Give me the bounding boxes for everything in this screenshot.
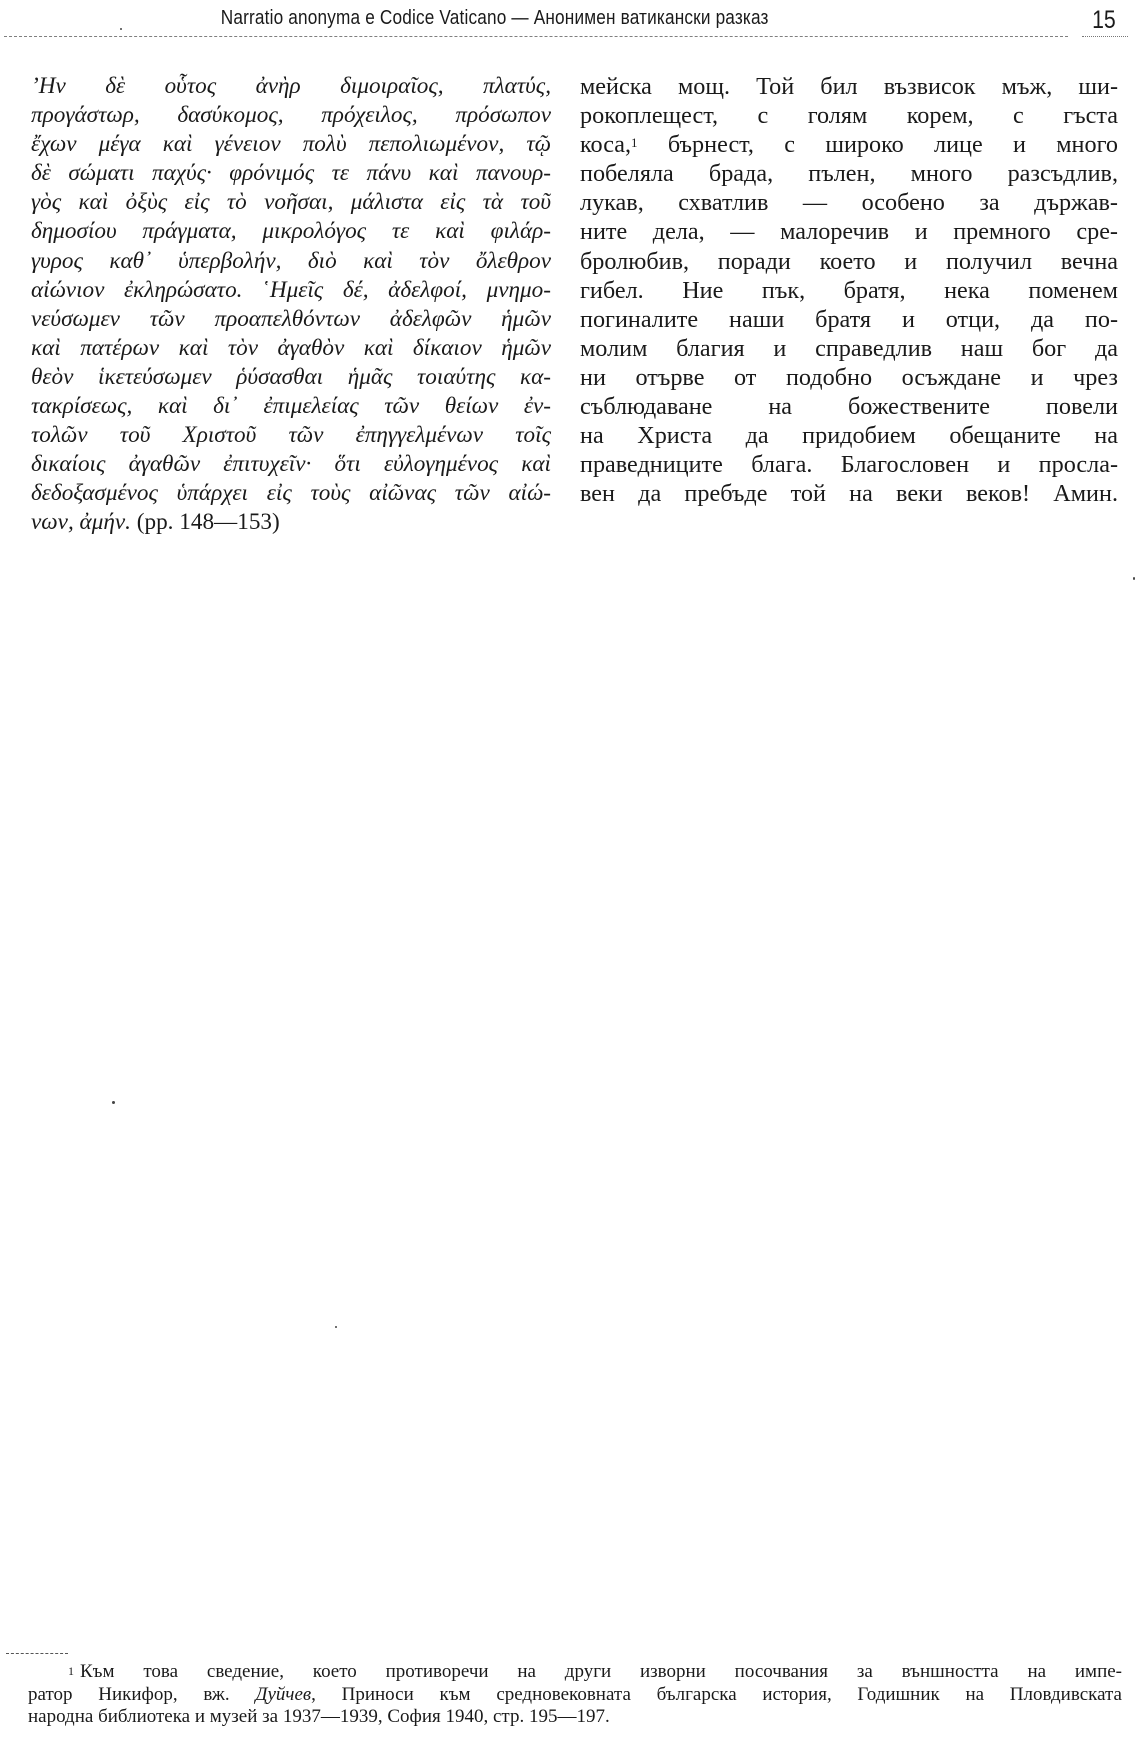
greek-line: γυρος καθ᾿ ὑπερβολήν, διὸ καὶ τὸν ὄλεθρο… xyxy=(31,247,551,276)
footnote-rule xyxy=(6,1653,68,1654)
header-rule xyxy=(4,36,1068,37)
bulgarian-line-with-footnote: коса,1 бърнест, с широко лице и много xyxy=(580,130,1118,159)
page-citation: (pp. 148—153) xyxy=(137,509,280,535)
bulgarian-line: на Христа да придобием обещаните на xyxy=(580,421,1118,450)
greek-line: δικαίοις ἀγαθῶν ἐπιτυχεῖν· ὅτι εὐλογημέν… xyxy=(31,450,551,479)
bulgarian-line: ните дела, — малоречив и премного сре- xyxy=(580,217,1118,246)
greek-closing-words: νων, ἀμήν. xyxy=(31,509,131,535)
greek-line: τακρίσεως, καὶ δι᾿ ἐπιμελείας τῶν θείων … xyxy=(31,392,551,421)
bulgarian-line: молим благия и справедлив наш бог да xyxy=(580,334,1118,363)
greek-line: δὲ σώματι παχύς· φρόνιμός τε πάνυ καὶ πα… xyxy=(31,159,551,188)
footnote-line: ратор Никифор, вж. Дуйчев, Приноси към с… xyxy=(28,1684,1122,1707)
bulgarian-translation-column: мейска мощ. Той бил възвисок мъж, ши- ро… xyxy=(580,72,1118,508)
scan-speck xyxy=(112,1101,115,1104)
footnote-reference[interactable]: 1 xyxy=(631,135,638,150)
greek-line: ἔχων μέγα καὶ γένειον πολὺ πεπολιωμένον,… xyxy=(31,130,551,159)
bulgarian-line: бролюбив, поради което и получил вечна xyxy=(580,247,1118,276)
scan-speck xyxy=(335,1326,337,1328)
bulgarian-line: побеляла брада, пълен, много разсъдлив, xyxy=(580,159,1118,188)
bulgarian-line: гибел. Ние пък, братя, нека поменем xyxy=(580,276,1118,305)
running-head: Narratio anonyma e Codice Vaticano — Ано… xyxy=(0,4,1140,34)
header-rule-right xyxy=(1082,36,1128,37)
greek-line: τολῶν τοῦ Χριστοῦ τῶν ἐπηγγελμένων τοῖς xyxy=(31,421,551,450)
bulgarian-line: ни отърве от подобно осъждане и чрез xyxy=(580,363,1118,392)
greek-last-line: νων, ἀμήν. (pp. 148—153) xyxy=(31,508,551,537)
bulgarian-line: лукав, схватлив — особено за държав- xyxy=(580,188,1118,217)
greek-text-column: ʼΗν δὲ οὗτος ἀνὴρ διμοιραῖος, πλατύς, πρ… xyxy=(31,72,551,538)
greek-line: καὶ πατέρων καὶ τὸν ἀγαθὸν καὶ δίκαιον ἡ… xyxy=(31,334,551,363)
page-number: 15 xyxy=(1092,6,1116,35)
scan-speck xyxy=(120,28,122,30)
greek-line: νεύσωμεν τῶν προαπελθόντων ἀδελφῶν ἡμῶν xyxy=(31,305,551,334)
greek-line: αἰώνιον ἐκληρώσατο. ῾Ημεῖς δέ, ἀδελφοί, … xyxy=(31,276,551,305)
bulgarian-line: съблюдаване на божествените повели xyxy=(580,392,1118,421)
bulgarian-line: вен да пребъде той на веки веков! Амин. xyxy=(580,479,1118,508)
greek-line: δεδοξασμένος ὑπάρχει εἰς τοὺς αἰῶνας τῶν… xyxy=(31,479,551,508)
footnote-author: Дуйчев xyxy=(255,1684,311,1705)
footnote: 1Към това сведение, което противоречи на… xyxy=(28,1661,1122,1729)
greek-line: θεὸν ἱκετεύσωμεν ῥύσασθαι ἡμᾶς τοιαύτης … xyxy=(31,363,551,392)
greek-line: ʼΗν δὲ οὗτος ἀνὴρ διμοιραῖος, πλατύς, xyxy=(31,72,551,101)
greek-line: γὸς καὶ ὀξὺς εἰς τὸ νοῆσαι, μάλιστα εἰς … xyxy=(31,188,551,217)
footnote-marker: 1 xyxy=(68,1664,74,1678)
bulgarian-line: погиналите наши братя и отци, да по- xyxy=(580,305,1118,334)
greek-line: προγάστωρ, δασύκομος, πρόχειλος, πρόσωπο… xyxy=(31,101,551,130)
running-title: Narratio anonyma e Codice Vaticano — Ано… xyxy=(155,7,834,30)
bulgarian-line: мейска мощ. Той бил възвисок мъж, ши- xyxy=(580,72,1118,101)
bulgarian-line: рокоплещест, с голям корем, с гъста xyxy=(580,101,1118,130)
footnote-line: народна библиотека и музей за 1937—1939,… xyxy=(28,1706,1122,1729)
bulgarian-line: праведниците блага. Благословен и просла… xyxy=(580,450,1118,479)
footnote-line: 1Към това сведение, което противоречи на… xyxy=(28,1661,1122,1684)
scan-speck xyxy=(1133,577,1135,580)
greek-line: δημοσίου πράγματα, μικρολόγος τε καὶ φιλ… xyxy=(31,217,551,246)
